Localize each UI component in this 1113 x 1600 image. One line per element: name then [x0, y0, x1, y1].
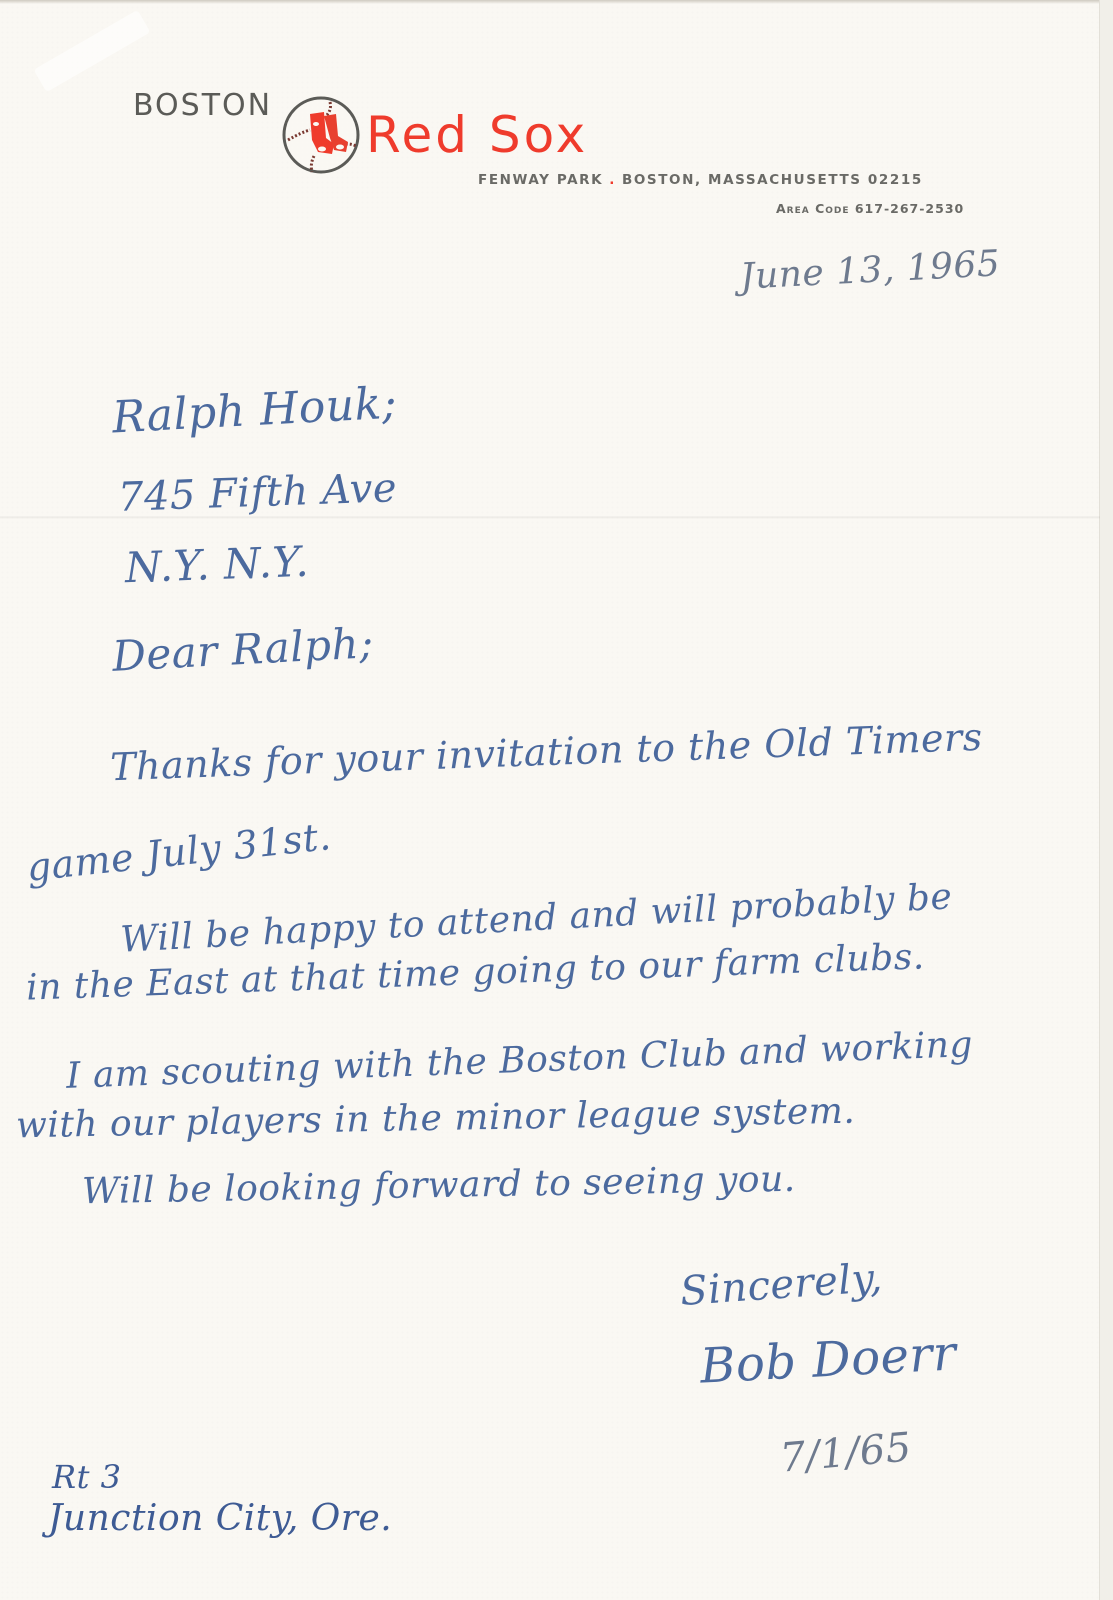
letterhead-city: BOSTON	[133, 88, 272, 123]
return-address-line2: Junction City, Ore.	[48, 1498, 392, 1539]
letterhead-phone: Area Code 617-267-2530	[776, 201, 964, 216]
red-sox-baseball-logo-icon	[280, 94, 362, 176]
letterhead-team-name: Red Sox	[366, 110, 588, 160]
page-top-edge	[0, 0, 1113, 4]
recipient-street: 745 Fifth Ave	[117, 465, 397, 521]
address-separator-dot: .	[609, 172, 616, 188]
address-venue: FENWAY PARK	[478, 172, 603, 188]
page-right-edge	[1099, 0, 1113, 1600]
recipient-city: N.Y. N.Y.	[124, 537, 310, 592]
address-city-state: BOSTON, MASSACHUSETTS 02215	[622, 172, 923, 188]
letterhead-address: FENWAY PARK.BOSTON, MASSACHUSETTS 02215	[478, 172, 923, 188]
return-address-line1: Rt 3	[52, 1458, 121, 1496]
